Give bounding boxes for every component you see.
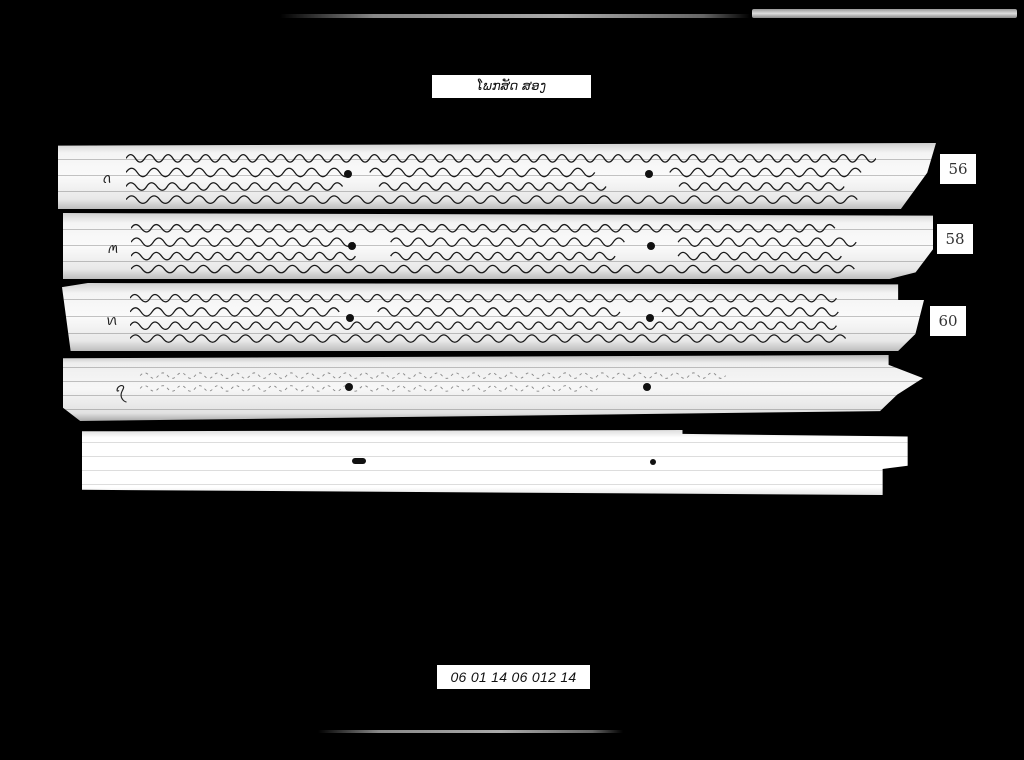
string-hole-left (352, 458, 366, 464)
leaf-margin-mark: ꪒ (102, 165, 113, 194)
leaf-margin-mark: ꪕ (106, 307, 119, 336)
string-hole-right (647, 242, 655, 250)
leaf-margin-mark: ꪖ (115, 375, 126, 404)
leaf-script-text (131, 219, 873, 275)
palm-leaf-5 (82, 430, 916, 495)
leaf-margin-mark: ꪔ (107, 235, 119, 264)
page-number-56: 56 (940, 154, 976, 184)
palm-leaf-3: ꪕ (62, 283, 924, 351)
string-hole-left (345, 383, 353, 391)
leaf-script-text (130, 289, 864, 344)
string-hole-right (645, 170, 653, 178)
string-hole-left (348, 242, 356, 250)
palm-leaf-4: ꪖ (63, 355, 923, 421)
catalog-id-label: 06 01 14 06 012 14 (437, 665, 590, 689)
palm-leaf-2: ꪔ (63, 213, 933, 279)
scan-edge-top (280, 14, 750, 18)
string-hole-right (643, 383, 651, 391)
palm-leaf-1: ꪒ (58, 143, 936, 209)
string-hole-right (646, 314, 654, 322)
string-hole-left (346, 314, 354, 322)
page-number-58: 58 (937, 224, 973, 254)
string-hole-left (344, 170, 352, 178)
scan-edge-top-bright (752, 9, 1017, 18)
title-label: ໂພກສັດ ສອງ (432, 75, 591, 98)
leaf-script-text (126, 149, 876, 205)
scan-edge-bottom (318, 730, 623, 733)
string-hole-right (650, 459, 656, 465)
page-number-60: 60 (930, 306, 966, 336)
leaf-script-text-faint (131, 361, 863, 416)
